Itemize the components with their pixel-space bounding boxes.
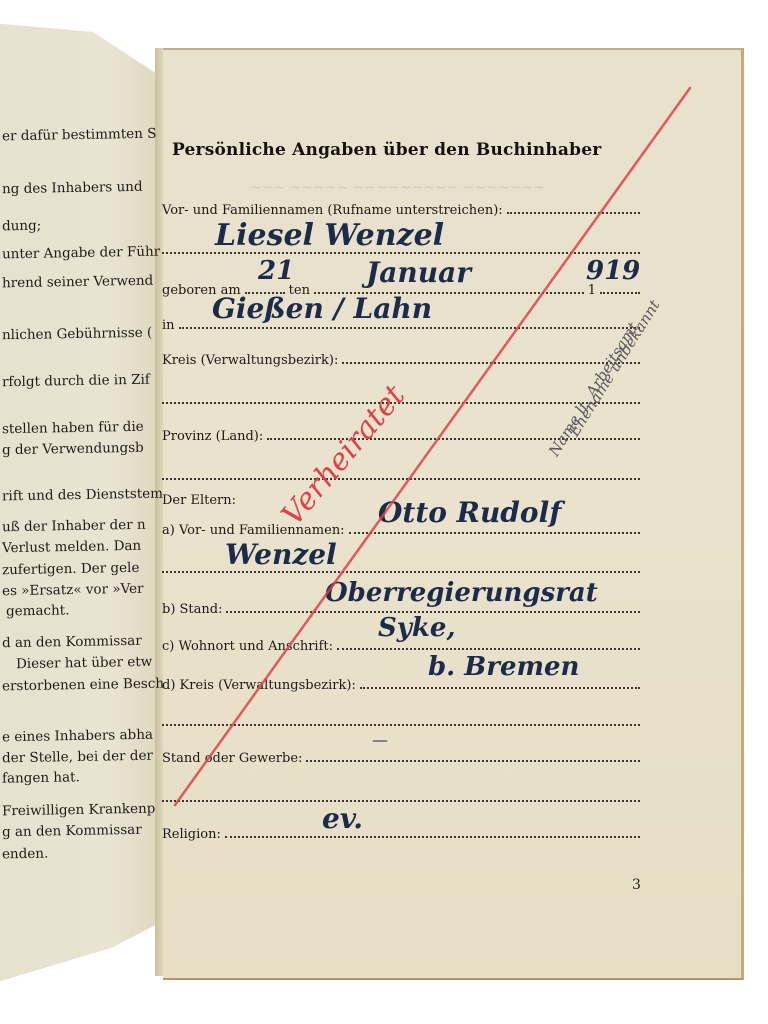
annotation-overlay: [0, 0, 768, 1024]
red-strike-line: [175, 88, 690, 805]
